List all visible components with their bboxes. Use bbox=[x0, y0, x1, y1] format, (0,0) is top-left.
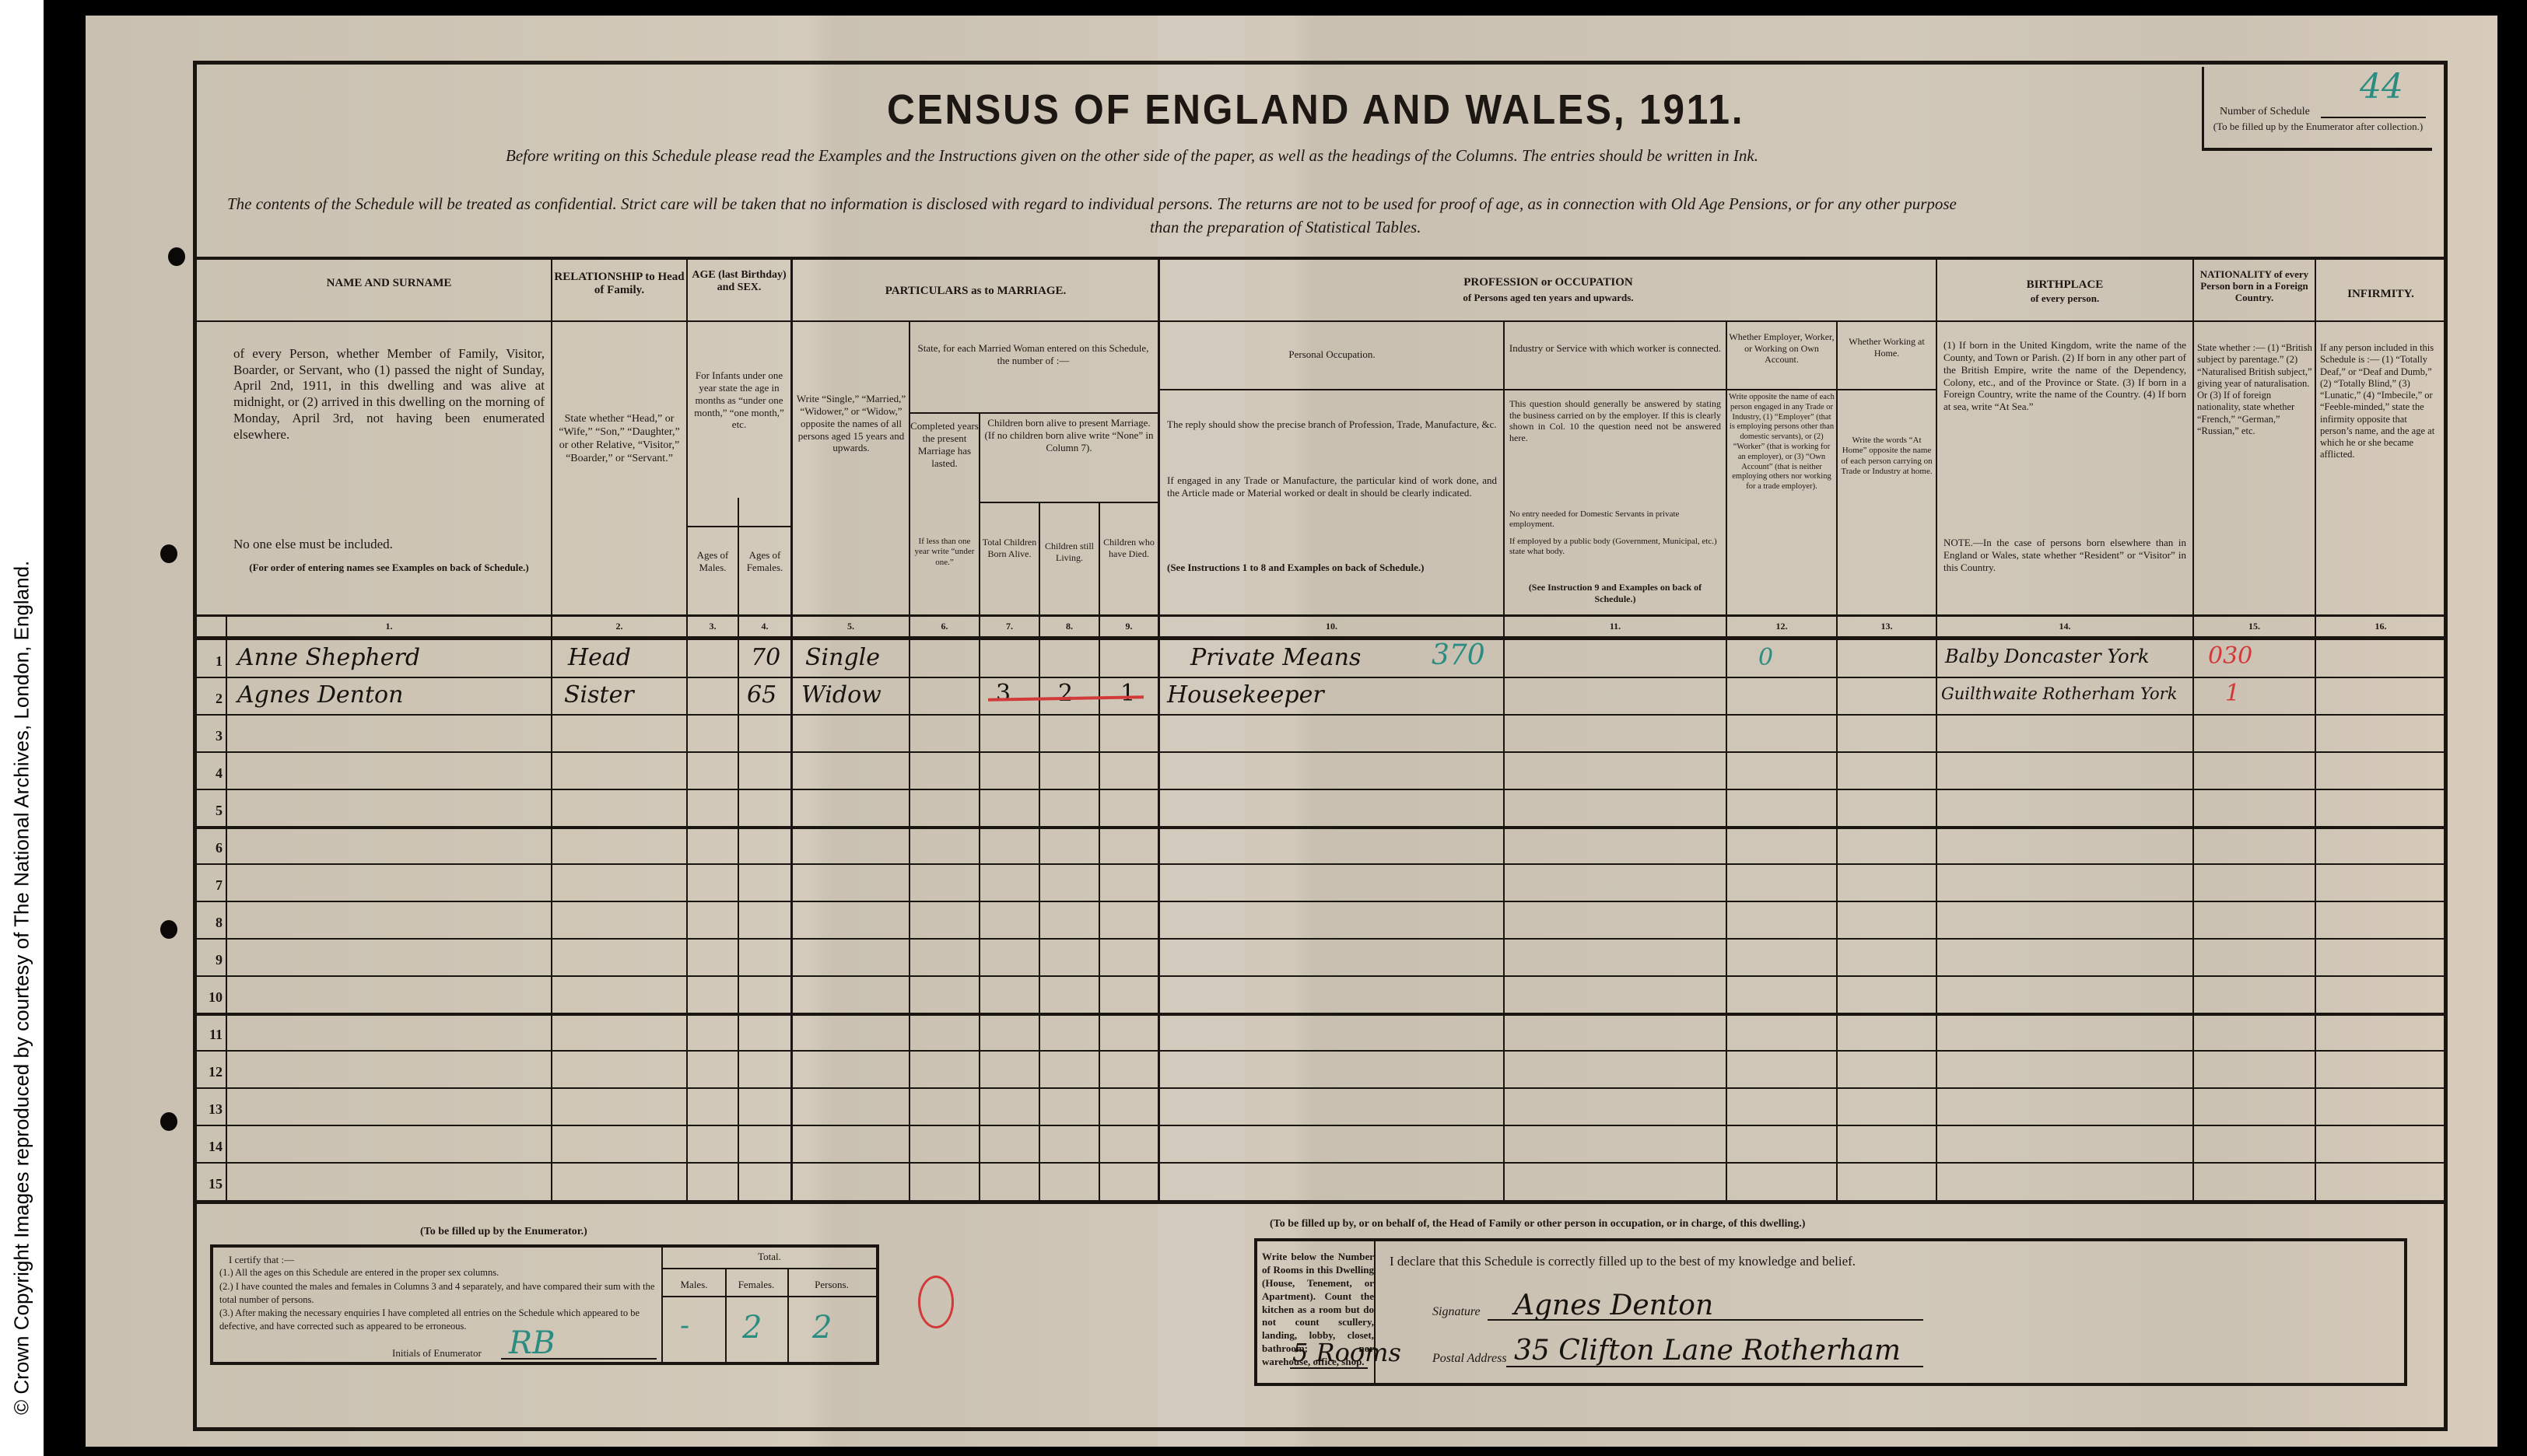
col-number: 3. bbox=[688, 621, 738, 636]
row-number: 7 bbox=[195, 877, 223, 894]
col-number: 10. bbox=[1160, 621, 1503, 636]
schedule-number-box: Number of Schedule 44 (To be filled up b… bbox=[2202, 67, 2432, 151]
row-number: 1 bbox=[195, 653, 223, 670]
col-divider bbox=[1726, 322, 1727, 1200]
col-number: 6. bbox=[910, 621, 979, 636]
row-number: 6 bbox=[195, 840, 223, 856]
address-label: Postal Address bbox=[1432, 1352, 1507, 1366]
total-females[interactable]: 2 bbox=[742, 1310, 762, 1346]
col16-header: INFIRMITY. bbox=[2316, 288, 2445, 301]
col14-note: NOTE.—In the case of persons born elsewh… bbox=[1943, 537, 2186, 574]
col-number: 11. bbox=[1505, 621, 1726, 636]
col9-description: Children who have Died. bbox=[1100, 537, 1158, 559]
ink-instruction: Before writing on this Schedule please r… bbox=[506, 146, 1758, 166]
col11-desc1: This question should generally be answer… bbox=[1509, 398, 1721, 444]
marriage-header: PARTICULARS as to MARRIAGE. bbox=[794, 285, 1158, 298]
table-top-rule bbox=[196, 257, 2445, 260]
col-number: 2. bbox=[552, 621, 686, 636]
col6-description: Completed years the present Marriage has… bbox=[910, 420, 979, 469]
row2-age-female[interactable]: 65 bbox=[747, 681, 776, 709]
row-rule bbox=[196, 975, 2445, 977]
row1-employer[interactable]: 0 bbox=[1758, 644, 1773, 671]
schedule-number-value[interactable]: 44 bbox=[2360, 67, 2403, 107]
enumerator-initials[interactable]: RB bbox=[509, 1325, 556, 1361]
col10-header: Personal Occupation. bbox=[1161, 348, 1503, 361]
page-title: CENSUS OF ENGLAND AND WALES, 1911. bbox=[887, 86, 1744, 134]
col-number: 16. bbox=[2316, 621, 2445, 636]
row-rule-bold bbox=[196, 826, 2445, 829]
col11-desc4: (See Instruction 9 and Examples on back … bbox=[1509, 582, 1721, 604]
row-rule bbox=[196, 677, 2445, 678]
punch-hole-icon bbox=[160, 1112, 177, 1131]
signature-label: Signature bbox=[1432, 1305, 1481, 1319]
males-label: Males. bbox=[663, 1279, 725, 1291]
row-rule bbox=[196, 1050, 2445, 1052]
row-number: 14 bbox=[195, 1139, 223, 1155]
col-divider bbox=[1158, 260, 1160, 1200]
col-divider bbox=[1099, 502, 1100, 1200]
row-rule bbox=[196, 901, 2445, 902]
married-woman-note: State, for each Married Woman entered on… bbox=[912, 342, 1155, 367]
col-divider bbox=[1836, 322, 1838, 1200]
row-number: 9 bbox=[195, 952, 223, 968]
col-number: 4. bbox=[739, 621, 790, 636]
row-number: 4 bbox=[195, 765, 223, 782]
age-subdivider bbox=[686, 526, 790, 527]
row1-name[interactable]: Anne Shepherd bbox=[237, 644, 420, 671]
row-rule bbox=[196, 714, 2445, 716]
row-number: 3 bbox=[195, 728, 223, 744]
children-subdivider bbox=[979, 502, 1158, 503]
col10-desc1: The reply should show the precise branch… bbox=[1167, 418, 1497, 431]
col-divider bbox=[738, 498, 739, 1200]
enumerator-heading: (To be filled up by the Enumerator.) bbox=[420, 1226, 587, 1238]
col-number: 15. bbox=[2194, 621, 2315, 636]
row-rule bbox=[196, 1125, 2445, 1126]
col-number: 8. bbox=[1040, 621, 1099, 636]
household-heading: (To be filled up by, or on behalf of, th… bbox=[1270, 1218, 1805, 1230]
row2-living[interactable]: 2 bbox=[1058, 680, 1073, 707]
red-circle-mark-icon bbox=[918, 1276, 954, 1328]
row1-age-female[interactable]: 70 bbox=[751, 644, 780, 671]
col6-note: If less than one year write “under one.” bbox=[910, 537, 979, 568]
punch-hole-icon bbox=[160, 920, 177, 939]
col1-header: NAME AND SURNAME bbox=[227, 277, 551, 290]
header-bottom-rule bbox=[196, 614, 2445, 617]
col-divider bbox=[551, 260, 552, 1200]
punch-hole-icon bbox=[160, 544, 177, 563]
row-rule-bold bbox=[196, 1013, 2445, 1016]
col14-header: BIRTHPLACE bbox=[1937, 278, 2192, 292]
row-number: 12 bbox=[195, 1064, 223, 1080]
row1-marital[interactable]: Single bbox=[805, 644, 880, 671]
schedule-number-line bbox=[2321, 117, 2426, 118]
total-rule bbox=[663, 1268, 876, 1269]
col-number: 7. bbox=[980, 621, 1039, 636]
copyright-credit: © Crown Copyright Images reproduced by c… bbox=[0, 0, 44, 1456]
col-number: 5. bbox=[793, 621, 909, 636]
row-rule bbox=[196, 1087, 2445, 1089]
col12-header: Whether Employer, Worker, or Working on … bbox=[1727, 331, 1836, 366]
col-divider bbox=[1936, 260, 1937, 1200]
row2-birthplace-code[interactable]: 1 bbox=[2225, 680, 2240, 707]
row1-occupation-code[interactable]: 370 bbox=[1432, 639, 1485, 671]
col-divider bbox=[226, 617, 227, 1200]
confidential-notice: The contents of the Schedule will be tre… bbox=[227, 194, 1957, 214]
row2-born-alive[interactable]: 3 bbox=[996, 680, 1011, 707]
col2-header: RELATIONSHIP to Head of Family. bbox=[552, 271, 686, 298]
col15-header: NATIONALITY of every Person born in a Fo… bbox=[2194, 269, 2315, 304]
col15-description: State whether :— (1) “British subject by… bbox=[2197, 342, 2312, 437]
col-divider bbox=[2192, 260, 2194, 1200]
total-divider bbox=[661, 1248, 663, 1362]
col8-description: Children still Living. bbox=[1040, 541, 1099, 563]
confidential-notice-cont: than the preparation of Statistical Tabl… bbox=[1150, 218, 1421, 237]
col-number: 14. bbox=[1937, 621, 2192, 636]
col13-header: Whether Working at Home. bbox=[1838, 336, 1936, 359]
profession-subdivider bbox=[1158, 389, 1936, 390]
certify-label: I certify that :— bbox=[229, 1254, 294, 1266]
col13-description: Write the words “At Home” opposite the n… bbox=[1839, 436, 1934, 478]
signature-value[interactable]: Agnes Denton bbox=[1514, 1290, 1713, 1321]
household-box: Write below the Number of Rooms in this … bbox=[1254, 1238, 2407, 1386]
col1-description: of every Person, whether Member of Famil… bbox=[233, 346, 545, 443]
col4-header: Ages of Females. bbox=[739, 549, 790, 574]
row2-occupation[interactable]: Housekeeper bbox=[1167, 681, 1324, 709]
row2-died[interactable]: 1 bbox=[1120, 680, 1135, 707]
total-label: Total. bbox=[663, 1251, 876, 1263]
total-persons[interactable]: 2 bbox=[812, 1310, 832, 1346]
col1-note: No one else must be included. bbox=[233, 537, 545, 553]
total-rule bbox=[663, 1296, 876, 1297]
age-description: For Infants under one year state the age… bbox=[688, 369, 790, 431]
row-number: 15 bbox=[195, 1176, 223, 1192]
credit-text: © Crown Copyright Images reproduced by c… bbox=[10, 561, 34, 1415]
row2-relationship[interactable]: Sister bbox=[564, 681, 634, 709]
col-number: 9. bbox=[1100, 621, 1158, 636]
col14-subtitle: of every person. bbox=[1937, 292, 2192, 305]
rooms-line bbox=[1290, 1367, 1368, 1369]
row-number: 8 bbox=[195, 915, 223, 931]
col11-desc3: If employed by a public body (Government… bbox=[1509, 537, 1721, 558]
row1-birthplace-code[interactable]: 030 bbox=[2208, 642, 2252, 670]
col-divider bbox=[2315, 260, 2316, 1200]
total-males[interactable]: - bbox=[680, 1310, 689, 1342]
marriage-subdivider bbox=[909, 412, 1158, 414]
row2-name[interactable]: Agnes Denton bbox=[237, 681, 403, 709]
row2-birthplace[interactable]: Guilthwaite Rotherham York bbox=[1941, 684, 2177, 703]
persons-label: Persons. bbox=[787, 1279, 876, 1291]
declaration-text: I declare that this Schedule is correctl… bbox=[1390, 1254, 1856, 1269]
certify-item-2: (2.) I have counted the males and female… bbox=[219, 1280, 655, 1307]
table-bottom-rule bbox=[196, 1200, 2445, 1204]
initials-label: Initials of Enumerator bbox=[392, 1347, 482, 1360]
age-header: AGE (last Birthday) and SEX. bbox=[688, 269, 790, 294]
row-number: 10 bbox=[195, 989, 223, 1006]
col11-header: Industry or Service with which worker is… bbox=[1506, 342, 1724, 355]
row1-birthplace[interactable]: Balby Doncaster York bbox=[1945, 646, 2150, 667]
col11-desc2: No entry needed for Domestic Servants in… bbox=[1509, 509, 1721, 530]
certify-item-3: (3.) After making the necessary enquirie… bbox=[219, 1307, 655, 1333]
col10-desc3: (See Instructions 1 to 8 and Examples on… bbox=[1167, 562, 1497, 574]
children-group-header: Children born alive to present Marriage.… bbox=[982, 417, 1156, 454]
certify-item-1: (1.) All the ages on this Schedule are e… bbox=[219, 1266, 655, 1279]
row-rule bbox=[196, 789, 2445, 790]
row1-occupation[interactable]: Private Means bbox=[1190, 644, 1361, 671]
col10-desc2: If engaged in any Trade or Manufacture, … bbox=[1167, 474, 1497, 499]
address-value[interactable]: 35 Clifton Lane Rotherham bbox=[1514, 1335, 1901, 1367]
col-divider bbox=[1039, 502, 1040, 1200]
row1-relationship[interactable]: Head bbox=[568, 644, 631, 671]
schedule-number-note: (To be filled up by the Enumerator after… bbox=[2212, 121, 2424, 133]
profession-header: PROFESSION or OCCUPATION bbox=[1161, 276, 1936, 289]
row-number: 13 bbox=[195, 1101, 223, 1118]
col-number: 1. bbox=[227, 621, 551, 636]
col16-description: If any person included in this Schedule … bbox=[2320, 342, 2441, 461]
col14-description: (1) If born in the United Kingdom, write… bbox=[1943, 339, 2186, 413]
col1-note2: (For order of entering names see Example… bbox=[233, 562, 545, 574]
col-divider bbox=[1503, 322, 1505, 1200]
row-number: 11 bbox=[195, 1027, 223, 1043]
row-rule bbox=[196, 863, 2445, 865]
total-divider bbox=[725, 1269, 727, 1362]
col2-description: State whether “Head,” or “Wife,” “Son,” … bbox=[556, 412, 683, 465]
schedule-number-label: Number of Schedule bbox=[2220, 106, 2310, 118]
header-divider bbox=[196, 320, 2445, 322]
col12-description: Write opposite the name of each person e… bbox=[1729, 393, 1835, 492]
col-number: 12. bbox=[1727, 621, 1836, 636]
row-number: 5 bbox=[195, 803, 223, 819]
col5-description: Write “Single,” “Married,” “Widower,” or… bbox=[795, 393, 907, 454]
col-divider bbox=[790, 260, 793, 1200]
total-divider bbox=[787, 1269, 789, 1362]
profession-subtitle: of Persons aged ten years and upwards. bbox=[1161, 292, 1936, 304]
row-rule bbox=[196, 751, 2445, 753]
rooms-count[interactable]: 5 Rooms bbox=[1292, 1338, 1401, 1367]
females-label: Females. bbox=[725, 1279, 787, 1291]
col-number: 13. bbox=[1838, 621, 1936, 636]
row-rule bbox=[196, 1162, 2445, 1164]
col-divider bbox=[979, 412, 980, 1200]
col7-description: Total Children Born Alive. bbox=[980, 537, 1039, 559]
row-number: 2 bbox=[195, 691, 223, 707]
punch-hole-icon bbox=[168, 247, 185, 266]
column-number-rule bbox=[196, 636, 2445, 640]
enumerator-box: I certify that :— (1.) All the ages on t… bbox=[210, 1244, 879, 1365]
col3-header: Ages of Males. bbox=[688, 549, 738, 574]
row-rule bbox=[196, 938, 2445, 940]
row2-marital[interactable]: Widow bbox=[801, 681, 881, 709]
